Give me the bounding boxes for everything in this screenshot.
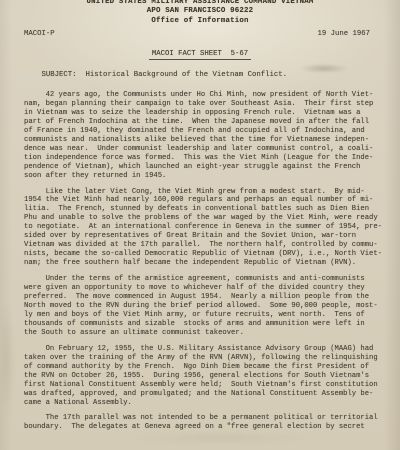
reference-row: MACOI-P 19 June 1967 bbox=[24, 30, 370, 39]
paragraph-5: The 17th parallel was not intended to be… bbox=[24, 414, 390, 432]
paragraph-4: On February 12, 1955, the U.S. Military … bbox=[24, 345, 390, 408]
ink-smudge-mark bbox=[300, 64, 348, 73]
subject-text: Historical Background of the Vietnam Con… bbox=[77, 71, 287, 79]
document-body: 42 years ago, the Communists under Ho Ch… bbox=[24, 91, 390, 439]
document-date: 19 June 1967 bbox=[317, 30, 370, 39]
letterhead: UNITED STATES MILITARY ASSISTANCE COMMAN… bbox=[0, 0, 400, 26]
paragraph-3: Under the terms of the armistice agreeme… bbox=[24, 275, 390, 338]
scanned-document-page: UNITED STATES MILITARY ASSISTANCE COMMAN… bbox=[0, 0, 400, 450]
subject-label: SUBJECT: bbox=[42, 71, 77, 79]
subject-row: SUBJECT:Historical Background of the Vie… bbox=[24, 63, 287, 87]
paragraph-2: Like the later Viet Cong, the Viet Minh … bbox=[24, 188, 390, 269]
paper-stain bbox=[120, 432, 320, 444]
office-symbol: MACOI-P bbox=[24, 30, 55, 39]
paper-stain bbox=[0, 300, 14, 420]
title-row: MACOI FACT SHEET 5-67 bbox=[0, 42, 400, 60]
letterhead-office-name: Office of Information bbox=[0, 17, 400, 26]
paragraph-1: 42 years ago, the Communists under Ho Ch… bbox=[24, 91, 390, 181]
fact-sheet-title: MACOI FACT SHEET 5-67 bbox=[149, 50, 251, 60]
letterhead-apo-address: APO SAN FRANCISCO 96222 bbox=[0, 7, 400, 16]
